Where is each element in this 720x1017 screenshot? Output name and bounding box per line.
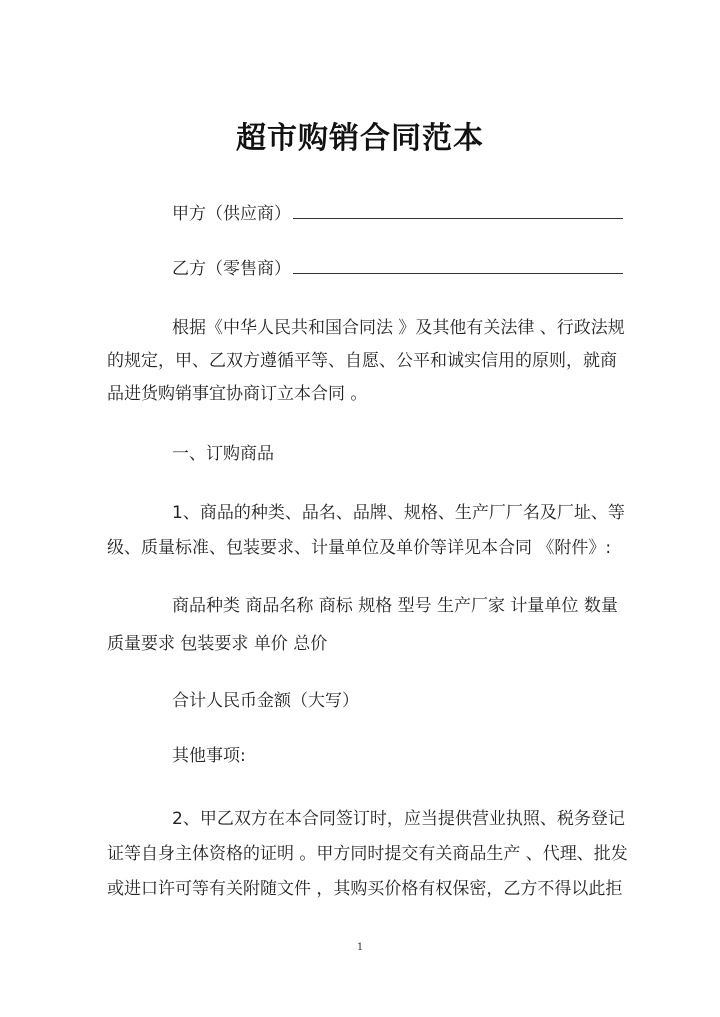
clause-1-line-2: 级、质量标准、包装要求、计量单位及单价等详见本合同 《附件》: [107, 537, 611, 559]
table-headers-line-2: 质量要求 包装要求 单价 总价 [107, 633, 327, 655]
clause-2-line-2: 证等自身主体资格的证明 。甲方同时提交有关商品生产 、代理、批发 [107, 843, 613, 865]
party-b-blank [293, 259, 623, 274]
table-headers-line-1: 商品种类 商品名称 商标 规格 型号 生产厂家 计量单位 数量 [172, 595, 613, 617]
party-b-line: 乙方（零售商） [172, 258, 623, 280]
other-items-label: 其他事项: [172, 745, 246, 767]
party-a-label: 甲方（供应商） [172, 204, 291, 224]
preamble-line-1: 根据《中华人民共和国合同法 》及其他有关法律 、行政法规 [172, 317, 613, 339]
preamble-line-2: 的规定，甲、乙双方遵循平等、自愿、公平和诚实信用的原则，就商 [107, 350, 613, 372]
document-page: 超市购销合同范本 甲方（供应商） 乙方（零售商） 根据《中华人民共和国合同法 》… [0, 0, 720, 1017]
document-title: 超市购销合同范本 [0, 113, 720, 157]
clause-1-line-1: 1、商品的种类、品名、品牌、规格、生产厂厂名及厂址、等 [172, 502, 613, 524]
total-amount-label: 合计人民币金额（大写） [172, 690, 359, 712]
party-a-blank [293, 204, 623, 219]
party-a-line: 甲方（供应商） [172, 203, 623, 225]
page-number: 1 [0, 942, 720, 953]
clause-2-line-1: 2、甲乙双方在本合同签订时，应当提供营业执照、税务登记 [172, 808, 613, 830]
section-1-heading: 一、订购商品 [172, 443, 274, 465]
clause-2-line-3: 或进口许可等有关附随文件 ，其购买价格有权保密，乙方不得以此拒 [107, 878, 613, 900]
preamble-line-3: 品进货购销事宜协商订立本合同 。 [107, 383, 367, 405]
party-b-label: 乙方（零售商） [172, 259, 291, 279]
